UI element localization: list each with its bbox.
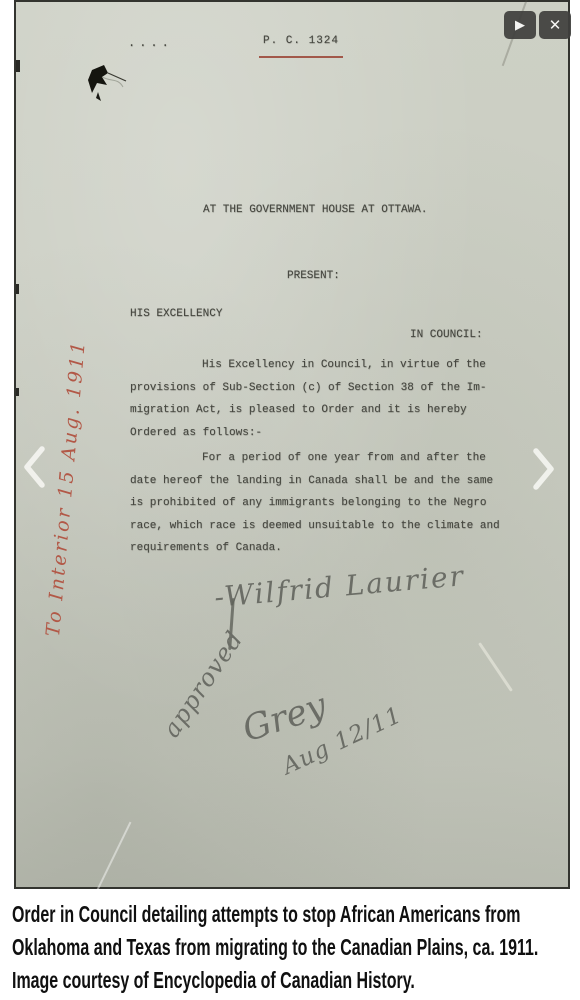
paper-scratch bbox=[478, 642, 513, 692]
paper-crease bbox=[95, 822, 132, 895]
doc-number: P. C. 1324 bbox=[259, 30, 343, 58]
in-council-label: IN COUNCIL: bbox=[410, 324, 483, 347]
chevron-left-icon bbox=[18, 442, 54, 492]
close-button[interactable]: ✕ bbox=[539, 11, 571, 39]
edge-speck bbox=[16, 60, 20, 72]
paragraph-1: His Excellency in Council, in virtue of … bbox=[130, 354, 486, 444]
ink-blot bbox=[78, 60, 138, 110]
present-label: PRESENT: bbox=[287, 265, 340, 288]
prev-button[interactable] bbox=[18, 442, 54, 492]
play-button[interactable]: ▶ bbox=[504, 11, 536, 39]
laurier-signature: -Wilfrid Laurier bbox=[213, 559, 466, 614]
heading-government-house: AT THE GOVERNMENT HOUSE AT OTTAWA. bbox=[203, 199, 427, 222]
corner-dots: .... bbox=[128, 32, 173, 55]
image-viewer: .... P. C. 1324 AT THE GOVERNMENT HOUSE … bbox=[0, 0, 580, 1000]
edge-speck bbox=[16, 284, 19, 294]
chevron-right-icon bbox=[524, 444, 560, 494]
caption-text: Order in Council detailing attempts to s… bbox=[12, 898, 529, 997]
close-icon: ✕ bbox=[549, 18, 562, 33]
edge-speck bbox=[16, 388, 19, 396]
caption: Order in Council detailing attempts to s… bbox=[0, 891, 580, 1000]
document-photo: .... P. C. 1324 AT THE GOVERNMENT HOUSE … bbox=[14, 0, 570, 889]
play-icon: ▶ bbox=[515, 19, 525, 32]
next-button[interactable] bbox=[524, 444, 560, 494]
approved-note: approved bbox=[157, 626, 248, 743]
his-excellency-label: HIS EXCELLENCY bbox=[130, 303, 222, 326]
paragraph-2: For a period of one year from and after … bbox=[130, 447, 500, 560]
